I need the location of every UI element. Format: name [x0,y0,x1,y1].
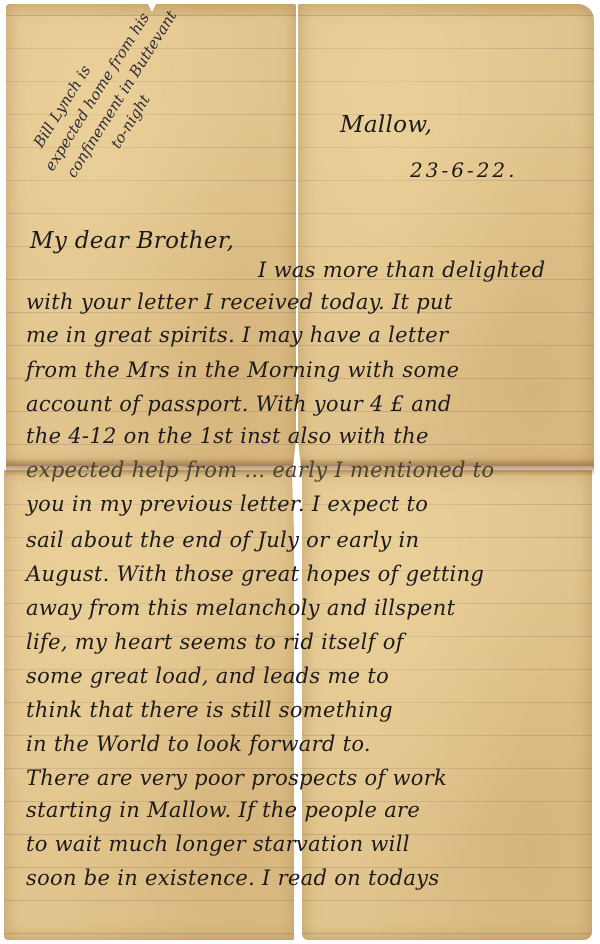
body-line: me in great spirits. I may have a letter [26,323,448,347]
body-line: expected help from ... early I mentioned… [26,458,494,482]
body-line: account of passport. With your 4 £ and [26,392,452,416]
body-line: soon be in existence. I read on todays [26,866,439,890]
body-line: think that there is still something [26,698,393,722]
body-line: starting in Mallow. If the people are [26,798,420,822]
body-line: to wait much longer starvation will [26,832,410,856]
body-line: you in my previous letter. I expect to [26,492,428,516]
letter-date: 23-6-22. [410,158,518,182]
body-line: in the World to look forward to. [26,732,371,756]
body-line: There are very poor prospects of work [26,766,447,790]
body-line: life, my heart seems to rid itself of [26,630,404,654]
body-line: some great load, and leads me to [26,664,389,688]
body-line: sail about the end of July or early in [26,528,419,552]
body-line: the 4-12 on the 1st inst also with the [26,424,429,448]
body-line: I was more than delighted [258,258,545,282]
body-line: with your letter I received today. It pu… [26,290,453,314]
body-line: away from this melancholy and illspent [26,596,455,620]
body-line: from the Mrs in the Morning with some [26,358,459,382]
body-line: August. With those great hopes of gettin… [26,562,484,586]
letter-salutation: My dear Brother, [30,228,234,254]
letter-place: Mallow, [340,112,432,138]
